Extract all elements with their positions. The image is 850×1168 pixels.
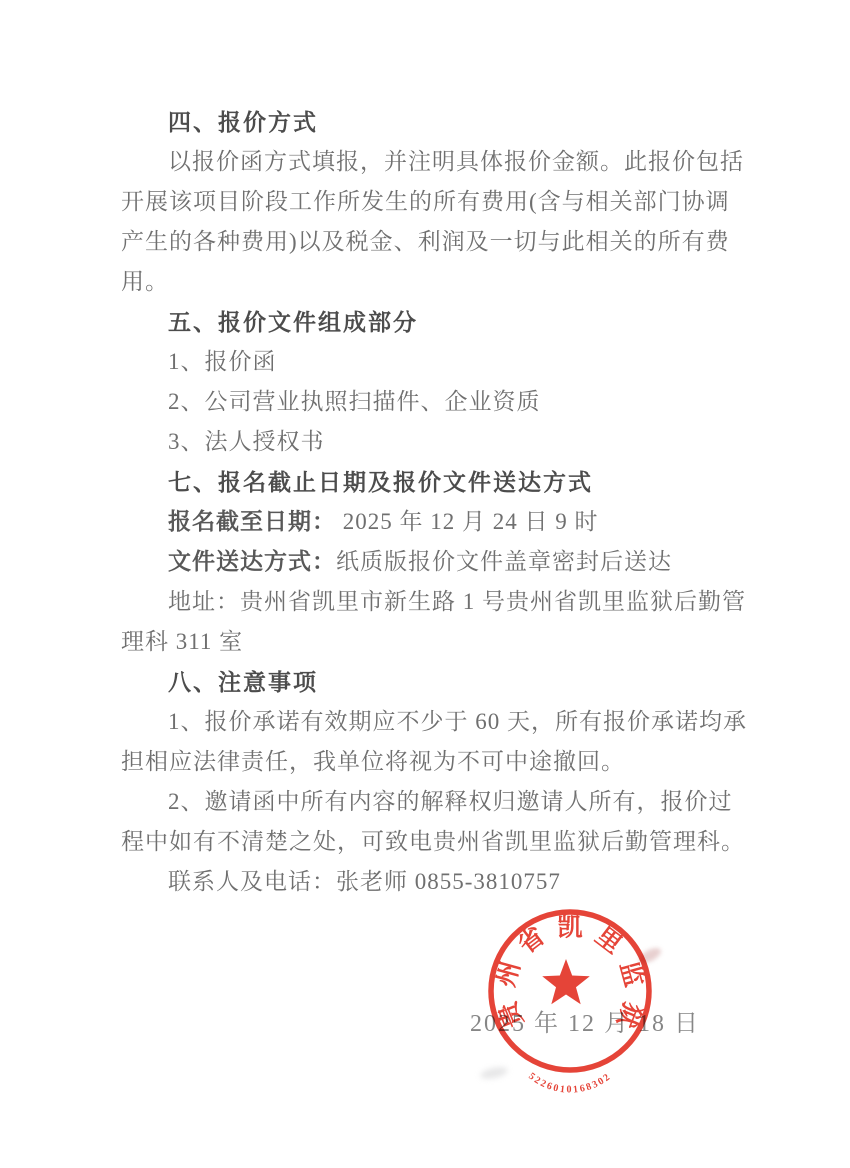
document-line: 地址：贵州省凯里市新生路 1 号贵州省凯里监狱后勤管: [121, 582, 729, 622]
document-line: 2、公司营业执照扫描件、企业资质: [121, 382, 729, 422]
section-heading: 四、报价方式: [121, 102, 729, 142]
seal-arc-char: 凯: [557, 913, 582, 942]
seal-arc-char: 里: [590, 922, 627, 959]
document-line: 担相应法律责任，我单位将视为不可中途撤回。: [121, 742, 729, 782]
document-line: 以报价函方式填报，并注明具体报价金额。此报价包括: [121, 142, 729, 182]
seal-serial-number: 5226010168302: [526, 1071, 613, 1096]
document-line: 程中如有不清楚之处，可致电贵州省凯里监狱后勤管理科。: [121, 822, 729, 862]
field-label: 文件送达方式：: [168, 549, 336, 574]
seal-arc-char: 州: [493, 959, 526, 990]
document-line: 报名截至日期： 2025 年 12 月 24 日 9 时: [121, 502, 729, 542]
seal-arc-char: 省: [513, 922, 550, 959]
document-line: 文件送达方式：纸质版报价文件盖章密封后送达: [121, 542, 729, 582]
field-label: 报名截至日期：: [168, 509, 336, 534]
section-heading: 五、报价文件组成部分: [121, 302, 729, 342]
document-line: 产生的各种费用)以及税金、利润及一切与此相关的所有费: [121, 222, 729, 262]
section-heading: 七、报名截止日期及报价文件送达方式: [121, 462, 729, 502]
scanned-document-page: 四、报价方式以报价函方式填报，并注明具体报价金额。此报价包括开展该项目阶段工作所…: [0, 0, 850, 1168]
official-seal-stamp: 贵州省凯里监狱 5226010168302: [455, 876, 685, 1106]
document-line: 开展该项目阶段工作所发生的所有费用(含与相关部门协调: [121, 182, 729, 222]
document-line: 1、报价承诺有效期应不少于 60 天，所有报价承诺均承: [121, 702, 729, 742]
document-line: 1、报价函: [121, 342, 729, 382]
document-line: 3、法人授权书: [121, 422, 729, 462]
section-heading: 八、注意事项: [121, 662, 729, 702]
document-line: 用。: [121, 262, 729, 302]
seal-star-icon: [542, 959, 590, 1004]
document-body: 四、报价方式以报价函方式填报，并注明具体报价金额。此报价包括开展该项目阶段工作所…: [121, 102, 729, 902]
document-line: 2、邀请函中所有内容的解释权归邀请人所有，报价过: [121, 782, 729, 822]
document-line: 理科 311 室: [121, 622, 729, 662]
